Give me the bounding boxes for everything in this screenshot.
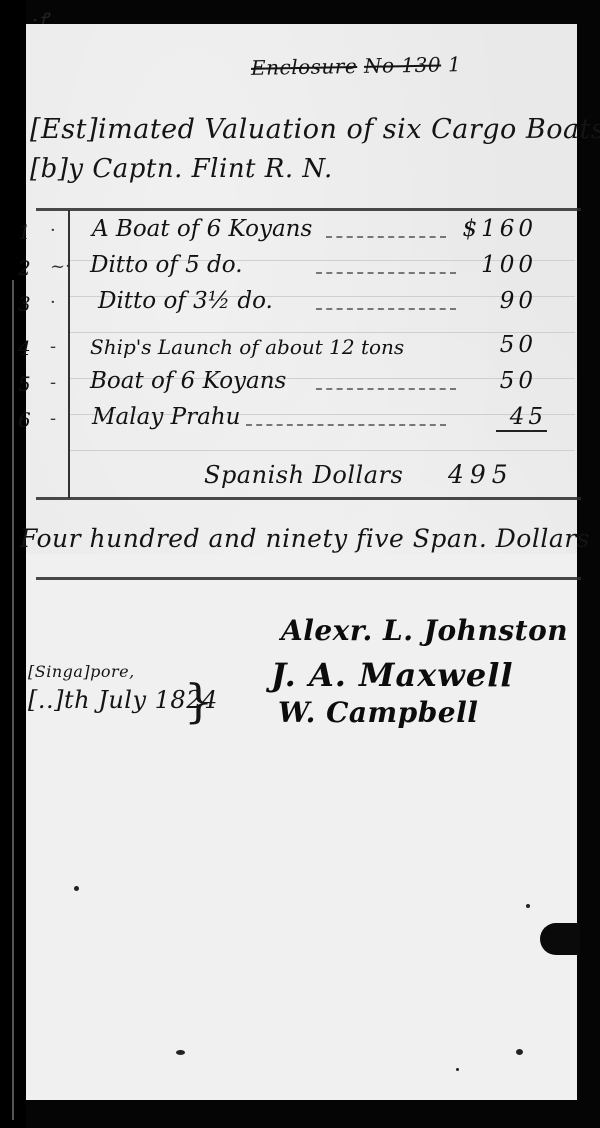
row-amount: 50	[500, 332, 537, 358]
row-dash: -	[50, 408, 56, 429]
enclosure-number: 1	[448, 52, 462, 76]
words-bottom-rule	[36, 577, 581, 580]
row-dot: ·	[50, 220, 56, 241]
dotted-leader	[316, 272, 456, 274]
row-dot: ·	[50, 292, 56, 313]
row-description: Ditto of 3½ do.	[98, 288, 273, 314]
row-description: Ditto of 5 do.	[90, 252, 243, 278]
document-title-line-2: [b]y Captn. Flint R. N.	[30, 154, 333, 184]
scan-left-border	[0, 0, 26, 1128]
ink-speck	[526, 904, 530, 908]
row-amount: $160	[462, 216, 537, 242]
row-description: Boat of 6 Koyans	[90, 368, 286, 394]
page-tab-notch	[540, 923, 580, 955]
table-top-rule	[36, 208, 581, 211]
ink-speck	[516, 1049, 523, 1055]
row-number: 5	[18, 372, 31, 396]
dotted-leader	[246, 424, 446, 426]
signature-campbell: W. Campbell	[278, 696, 478, 729]
table-bottom-rule	[36, 497, 581, 500]
enclosure-label: Enclosure	[251, 54, 358, 80]
valuation-row: 6 - Malay Prahu 45	[26, 404, 577, 440]
amount-in-words: Four hundred and ninety five Span. Dolla…	[20, 524, 590, 553]
row-description: A Boat of 6 Koyans	[92, 216, 312, 242]
ink-speck	[74, 886, 79, 891]
ink-speck	[176, 1050, 185, 1055]
signature-johnston: Alexr. L. Johnston	[281, 614, 568, 647]
row-description: Ship's Launch of about 12 tons	[90, 335, 404, 359]
row-number: 3	[18, 292, 31, 316]
row-amount: 45	[496, 404, 547, 432]
valuation-row: 2 ~· Ditto of 5 do. 100	[26, 252, 577, 288]
dotted-leader	[316, 388, 456, 390]
place: [Singa]pore,	[28, 662, 135, 681]
row-amount: 90	[500, 288, 537, 314]
total-amount: 495	[448, 460, 514, 489]
document-page: Enclosure No 130 1 [Est]imated Valuation…	[26, 24, 577, 1100]
valuation-row: 3 · Ditto of 3½ do. 90	[26, 288, 577, 324]
row-dash: -	[50, 336, 56, 357]
dotted-leader	[326, 236, 446, 238]
valuation-row: 4 - Ship's Launch of about 12 tons 50	[26, 332, 577, 368]
row-dash: ~·	[50, 256, 71, 277]
document-title-line-1: [Est]imated Valuation of six Cargo Boats	[30, 114, 600, 145]
dotted-leader	[316, 308, 456, 310]
signature-maxwell: J. A. Maxwell	[271, 656, 514, 694]
row-number: 4	[18, 336, 31, 360]
brace-mark: }	[184, 674, 214, 728]
valuation-row: 1 · A Boat of 6 Koyans $160	[26, 216, 577, 252]
row-number: 1	[18, 220, 31, 244]
row-amount: 100	[481, 252, 537, 278]
valuation-row: 5 - Boat of 6 Koyans 50	[26, 368, 577, 404]
enclosure-header: Enclosure No 130 1	[251, 52, 462, 80]
row-number: 2	[18, 256, 31, 280]
row-description: Malay Prahu	[92, 404, 240, 430]
row-number: 6	[18, 408, 31, 432]
enclosure-number-struck: No 130	[364, 53, 441, 78]
ink-speck	[456, 1068, 459, 1071]
ruled-line	[70, 450, 575, 451]
row-dash: -	[50, 372, 56, 393]
total-label: Spanish Dollars	[204, 461, 403, 489]
row-amount: 50	[500, 368, 537, 394]
